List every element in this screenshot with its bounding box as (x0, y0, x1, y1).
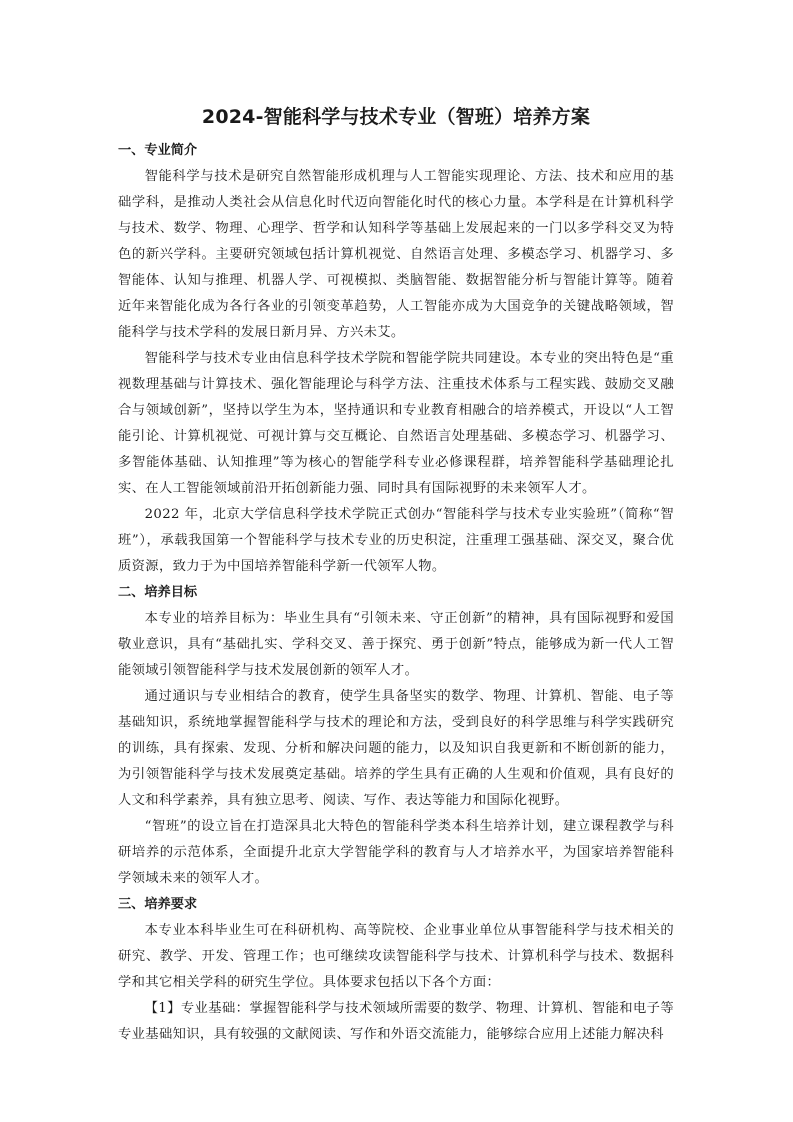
section-heading: 三、培养要求 (118, 892, 674, 918)
paragraph: 2022 年，北京大学信息科学技术学院正式创办“智能科学与技术专业实验班”（简称… (118, 502, 674, 580)
section-training-objectives: 二、培养目标 本专业的培养目标为：毕业生具有“引领未来、守正创新”的精神，具有国… (118, 580, 674, 892)
document-title: 2024-智能科学与技术专业（智班）培养方案 (118, 102, 674, 132)
section-heading: 二、培养目标 (118, 580, 674, 606)
section-training-requirements: 三、培养要求 本专业本科毕业生可在科研机构、高等院校、企业事业单位从事智能科学与… (118, 892, 674, 1048)
paragraph: 智能科学与技术是研究自然智能形成机理与人工智能实现理论、方法、技术和应用的基础学… (118, 164, 674, 346)
paragraph: 智能科学与技术专业由信息科学技术学院和智能学院共同建设。本专业的突出特色是“重视… (118, 346, 674, 502)
paragraph: 通过通识与专业相结合的教育，使学生具备坚实的数学、物理、计算机、智能、电子等基础… (118, 684, 674, 814)
paragraph: “智班”的设立旨在打造深具北大特色的智能科学类本科生培养计划，建立课程教学与科研… (118, 814, 674, 892)
document-page: 2024-智能科学与技术专业（智班）培养方案 一、专业简介 智能科学与技术是研究… (118, 102, 674, 1048)
section-heading: 一、专业简介 (118, 138, 674, 164)
paragraph: 【1】专业基础：掌握智能科学与技术领域所需要的数学、物理、计算机、智能和电子等专… (118, 996, 674, 1048)
section-introduction: 一、专业简介 智能科学与技术是研究自然智能形成机理与人工智能实现理论、方法、技术… (118, 138, 674, 580)
paragraph: 本专业本科毕业生可在科研机构、高等院校、企业事业单位从事智能科学与技术相关的研究… (118, 918, 674, 996)
paragraph: 本专业的培养目标为：毕业生具有“引领未来、守正创新”的精神，具有国际视野和爱国敬… (118, 606, 674, 684)
